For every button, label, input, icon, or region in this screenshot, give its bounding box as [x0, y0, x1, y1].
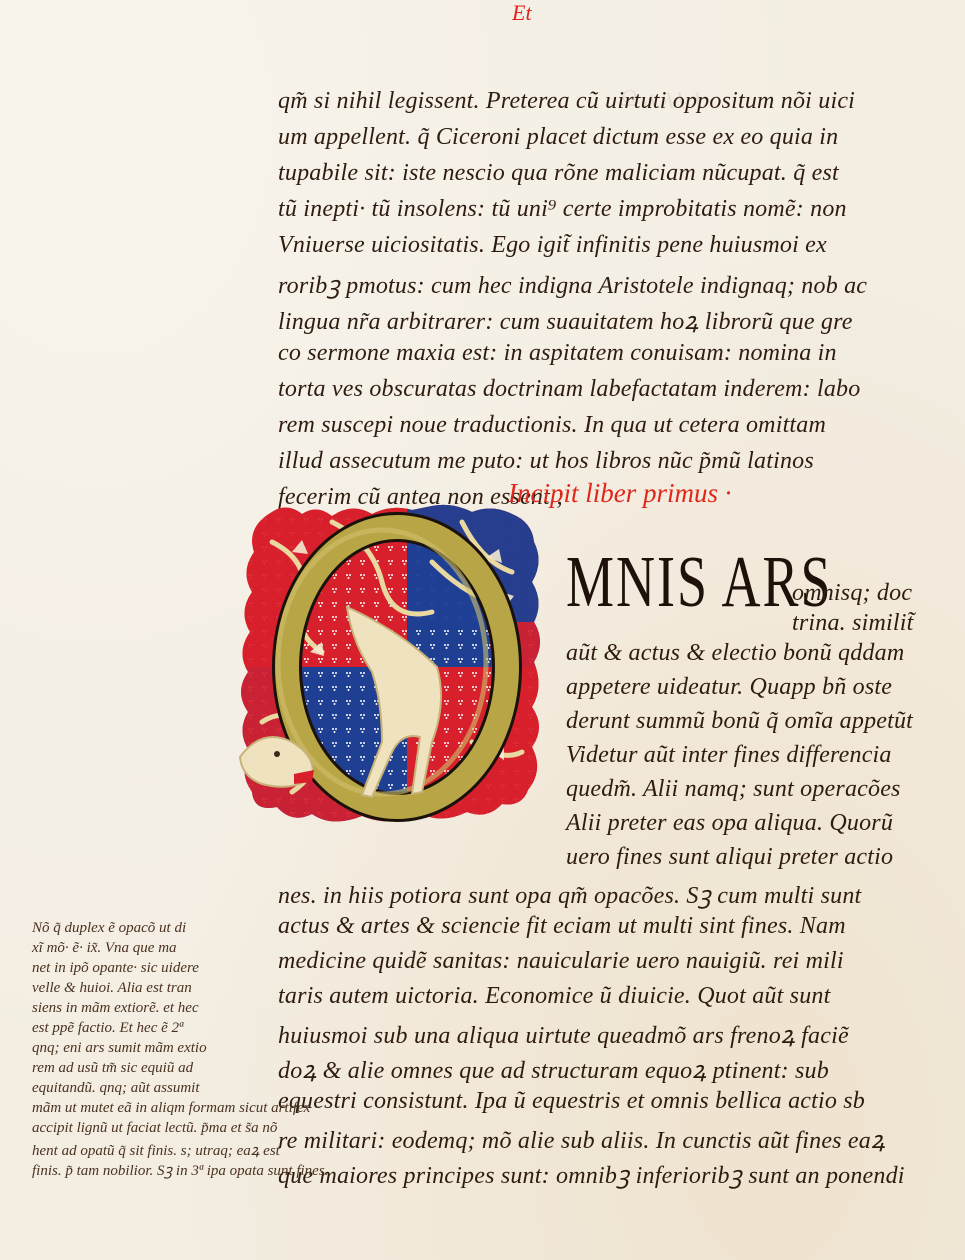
gloss-line: rem ad usũ tm̃ sic equiũ ad	[32, 1060, 193, 1077]
gloss-line: accipit lignũ ut faciat lectũ. p̃ma et s…	[32, 1120, 277, 1137]
text-line: tũ inepti· tũ insolens: tũ uni⁹ certe im…	[278, 196, 847, 223]
text-line: quedm̃. Alii namq; sunt operacões	[566, 776, 901, 803]
gloss-line: velle & huioi. Alia est tran	[32, 980, 192, 997]
gloss-line: hent ad opatũ q̃ sit finis. s; utraq; ea…	[32, 1140, 280, 1160]
text-line: Alii preter eas opa aliqua. Quorũ	[566, 810, 893, 837]
manuscript-page: Et Ω ⲁ ⲗⲗ ⲗ qm̃ si nihil legissent. Pret…	[0, 0, 965, 1260]
text-line: co sermone maxia est: in aspitatem conui…	[278, 340, 837, 367]
text-line: uero fines sunt aliqui preter actio	[566, 844, 893, 871]
catchword: Et	[512, 0, 532, 26]
text-line: torta ves obscuratas doctrinam labefacta…	[278, 376, 860, 403]
text-line: equestri consistunt. Ipa ũ equestris et …	[278, 1088, 865, 1115]
text-line: aũt & actus & electio bonũ qddam	[566, 640, 904, 667]
text-line: trina. similit̃	[792, 610, 914, 637]
gloss-line: xĩ mõ· ẽ· ix̃. Vna que ma	[32, 940, 177, 957]
text-line: qm̃ si nihil legissent. Preterea cũ uirt…	[278, 88, 855, 115]
text-line: appetere uideatur. Quapp bñ oste	[566, 674, 892, 701]
text-line: Videtur aũt inter fines differencia	[566, 742, 892, 769]
gloss-line: Nõ q̃ duplex ẽ opacõ ut di	[32, 920, 186, 937]
text-line: medicine quidẽ sanitas: nauicularie uero…	[278, 948, 844, 975]
text-line: nes. in hiis potiora sunt opa qm̃ opacõe…	[278, 878, 861, 911]
text-line: taris autem uictoria. Economice ũ diuici…	[278, 983, 830, 1010]
gloss-line: qnq; eni ars sumit mãm extio	[32, 1040, 207, 1057]
text-line: rem suscepi noue traductionis. In qua ut…	[278, 412, 826, 439]
text-line: tupabile sit: iste nescio qua rõne malic…	[278, 160, 839, 187]
gloss-line: net in ipõ opante· sic uidere	[32, 960, 199, 977]
text-line: doꝝ & alie omnes que ad structuram equoꝝ…	[278, 1053, 829, 1086]
text-line: Vniuerse uiciositatis. Ego igit̃ infinit…	[278, 232, 827, 259]
gloss-line: est ppẽ factio. Et hec ẽ 2ª	[32, 1020, 183, 1037]
illuminated-initial-o-icon	[232, 502, 562, 832]
text-line: que maiores principes sunt: omnibꝫ infer…	[278, 1158, 905, 1191]
text-line: lingua nr̃a arbitrarer: cum suauitatem h…	[278, 304, 853, 337]
text-line: um appellent. q̃ Ciceroni placet dictum …	[278, 124, 838, 151]
text-line: huiusmoi sub una aliqua uirtute queadmõ …	[278, 1018, 849, 1051]
text-line: actus & artes & sciencie fit eciam ut mu…	[278, 913, 846, 940]
gloss-line: finis. p̃ tam nobilior. Sꝫ in 3ª ipa opa…	[32, 1160, 328, 1180]
text-line: re militari: eodemq; mõ alie sub aliis. …	[278, 1123, 885, 1156]
illuminated-initial	[232, 502, 562, 832]
gloss-line: equitandũ. qnq; aũt assumit	[32, 1080, 200, 1097]
text-line: illud assecutum me puto: ut hos libros n…	[278, 448, 814, 475]
text-line: omnisq; doc	[792, 580, 912, 607]
gloss-line: mãm ut mutet eã in aliqm formam sicut ar…	[32, 1100, 310, 1117]
text-line: roribꝫ pmotus: cum hec indigna Aristotel…	[278, 268, 867, 301]
gloss-line: siens in mãm extiorẽ. et hec	[32, 1000, 199, 1017]
text-line: derunt summũ bonũ q̃ omĩa appetũt	[566, 708, 913, 735]
